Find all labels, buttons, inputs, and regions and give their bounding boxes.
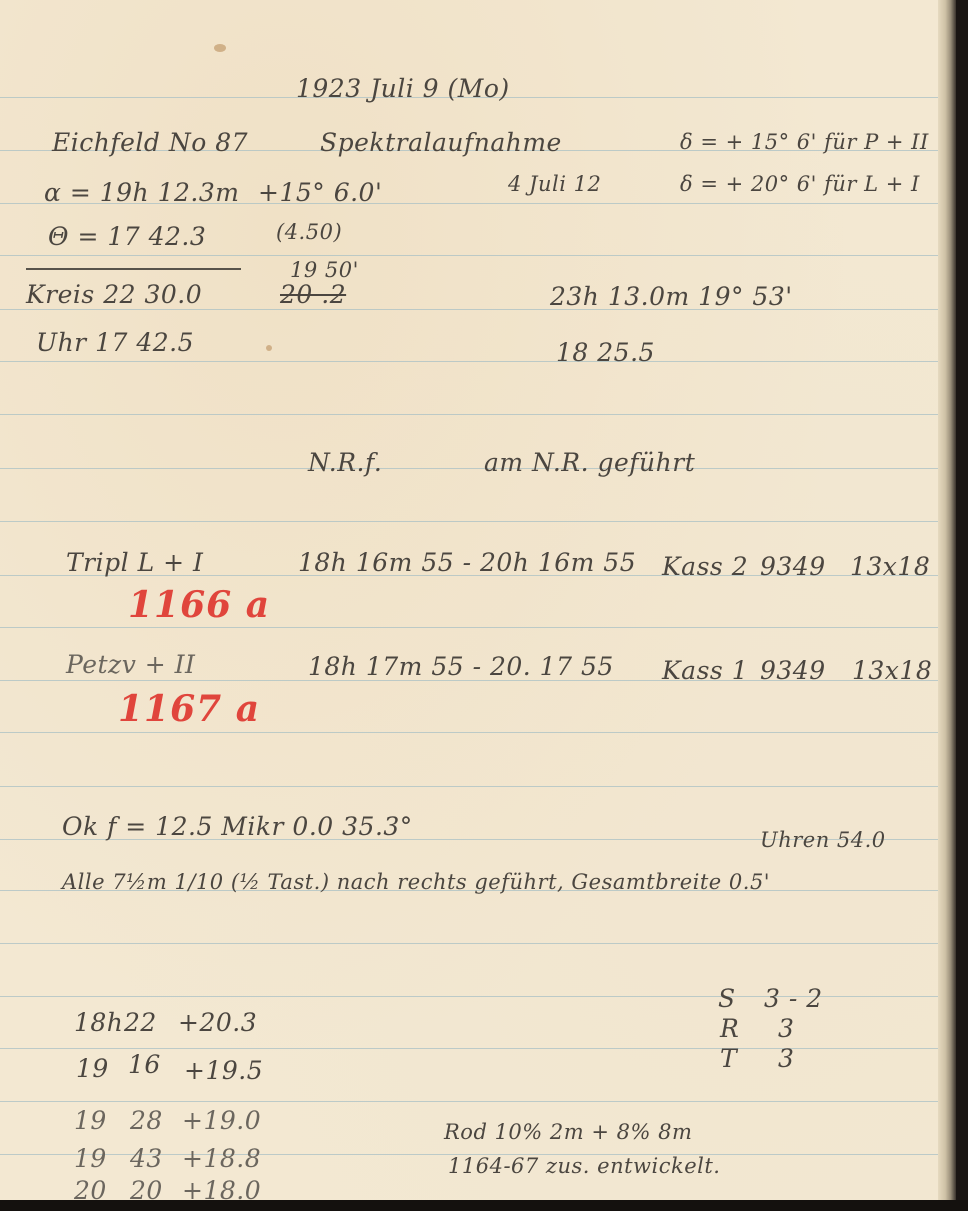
temp-value: +19.0: [182, 1106, 261, 1135]
exposure-cassette: Kass 2: [662, 552, 748, 581]
instrument-label: Eichfeld No 87: [52, 128, 248, 157]
temp-minute: 16: [128, 1050, 161, 1079]
clock-reading: Uhr 17 42.5: [36, 328, 194, 357]
circle-reading: Kreis 22 30.0: [26, 280, 202, 309]
declination-value: +15° 6.0': [258, 178, 382, 207]
right-ascension: α = 19h 12.3m: [44, 178, 239, 207]
temp-hour: 18h: [74, 1008, 123, 1037]
scan-border: [0, 1200, 968, 1211]
exposure-time: 18h 17m 55 - 20. 17 55: [308, 652, 614, 681]
rule-line: [0, 1101, 940, 1102]
plate-number-red: 1166 a: [128, 584, 270, 626]
secondary-clock-reading: 18 25.5: [556, 338, 655, 367]
rule-line: [0, 1048, 940, 1049]
exposure-size: 13x18: [850, 552, 930, 581]
observation-title: Spektralaufnahme: [320, 128, 562, 157]
temp-minute: 22: [124, 1008, 157, 1037]
temp-hour: 19: [74, 1144, 107, 1173]
secondary-circle-reading: 23h 13.0m 19° 53': [550, 282, 793, 311]
rule-line: [0, 943, 940, 944]
development-note: 1164-67 zus. entwickelt.: [448, 1154, 720, 1178]
seeing-value: 3: [778, 1014, 794, 1043]
seeing-symbol: S: [718, 984, 736, 1013]
guiding-note: Alle 7½m 1/10 (½ Tast.) nach rechts gefü…: [62, 870, 770, 894]
exposure-plate-type: 9349: [760, 656, 826, 685]
nrf-label: N.R.f.: [308, 448, 382, 477]
rule-line: [0, 361, 940, 362]
rule-line: [0, 521, 940, 522]
exposure-time: 18h 16m 55 - 20h 16m 55: [298, 548, 636, 577]
temp-hour: 19: [74, 1106, 107, 1135]
temp-value: +19.5: [184, 1056, 263, 1085]
entry-date: 1923 Juli 9 (Mo): [296, 74, 510, 103]
paper-stain: [214, 44, 226, 52]
sidereal-time: Θ = 17 42.3: [48, 222, 206, 251]
temp-value: +20.3: [178, 1008, 257, 1037]
temp-minute: 43: [130, 1144, 163, 1173]
exposure-plate-type: 9349: [760, 552, 826, 581]
secondary-date: 4 Juli 12: [508, 172, 601, 196]
rule-line: [0, 255, 940, 256]
seeing-value: 3 - 2: [764, 984, 823, 1013]
plate-number-red: 1167 a: [118, 688, 260, 730]
seeing-symbol: R: [720, 1014, 739, 1043]
declination-note-1: δ = + 15° 6' für P + II: [680, 130, 929, 154]
seeing-value: 3: [778, 1044, 794, 1073]
sidereal-note: (4.50): [276, 220, 342, 244]
temp-value: +18.8: [182, 1144, 261, 1173]
exposure-target: Petzv + II: [66, 650, 195, 679]
rule-line: [0, 309, 940, 310]
rule-line: [0, 468, 940, 469]
eyepiece-note: Ok f = 12.5 Mikr 0.0 35.3°: [62, 812, 413, 841]
sum-underline: [26, 268, 241, 270]
exposure-cassette: Kass 1: [662, 656, 748, 685]
page-edge-shadow: [938, 0, 956, 1200]
paper-stain: [266, 345, 272, 351]
declination-note-2: δ = + 20° 6' für L + I: [680, 172, 920, 196]
temp-hour: 19: [76, 1054, 109, 1083]
notebook-page: 1923 Juli 9 (Mo) Eichfeld No 87 Spektral…: [0, 0, 946, 1200]
seeing-symbol: T: [720, 1044, 737, 1073]
rule-line: [0, 786, 940, 787]
rule-line: [0, 627, 940, 628]
exposure-target: Tripl L + I: [66, 548, 203, 577]
exposure-size: 13x18: [852, 656, 932, 685]
clocks-note: Uhren 54.0: [760, 828, 886, 852]
circle-struck-value: 20 .2: [280, 280, 346, 309]
nrf-note: am N.R. geführt: [484, 448, 695, 477]
circle-correction: 19 50': [290, 258, 359, 282]
temp-minute: 28: [130, 1106, 163, 1135]
developer-note: Rod 10% 2m + 8% 8m: [444, 1120, 692, 1144]
rule-line: [0, 414, 940, 415]
rule-line: [0, 732, 940, 733]
